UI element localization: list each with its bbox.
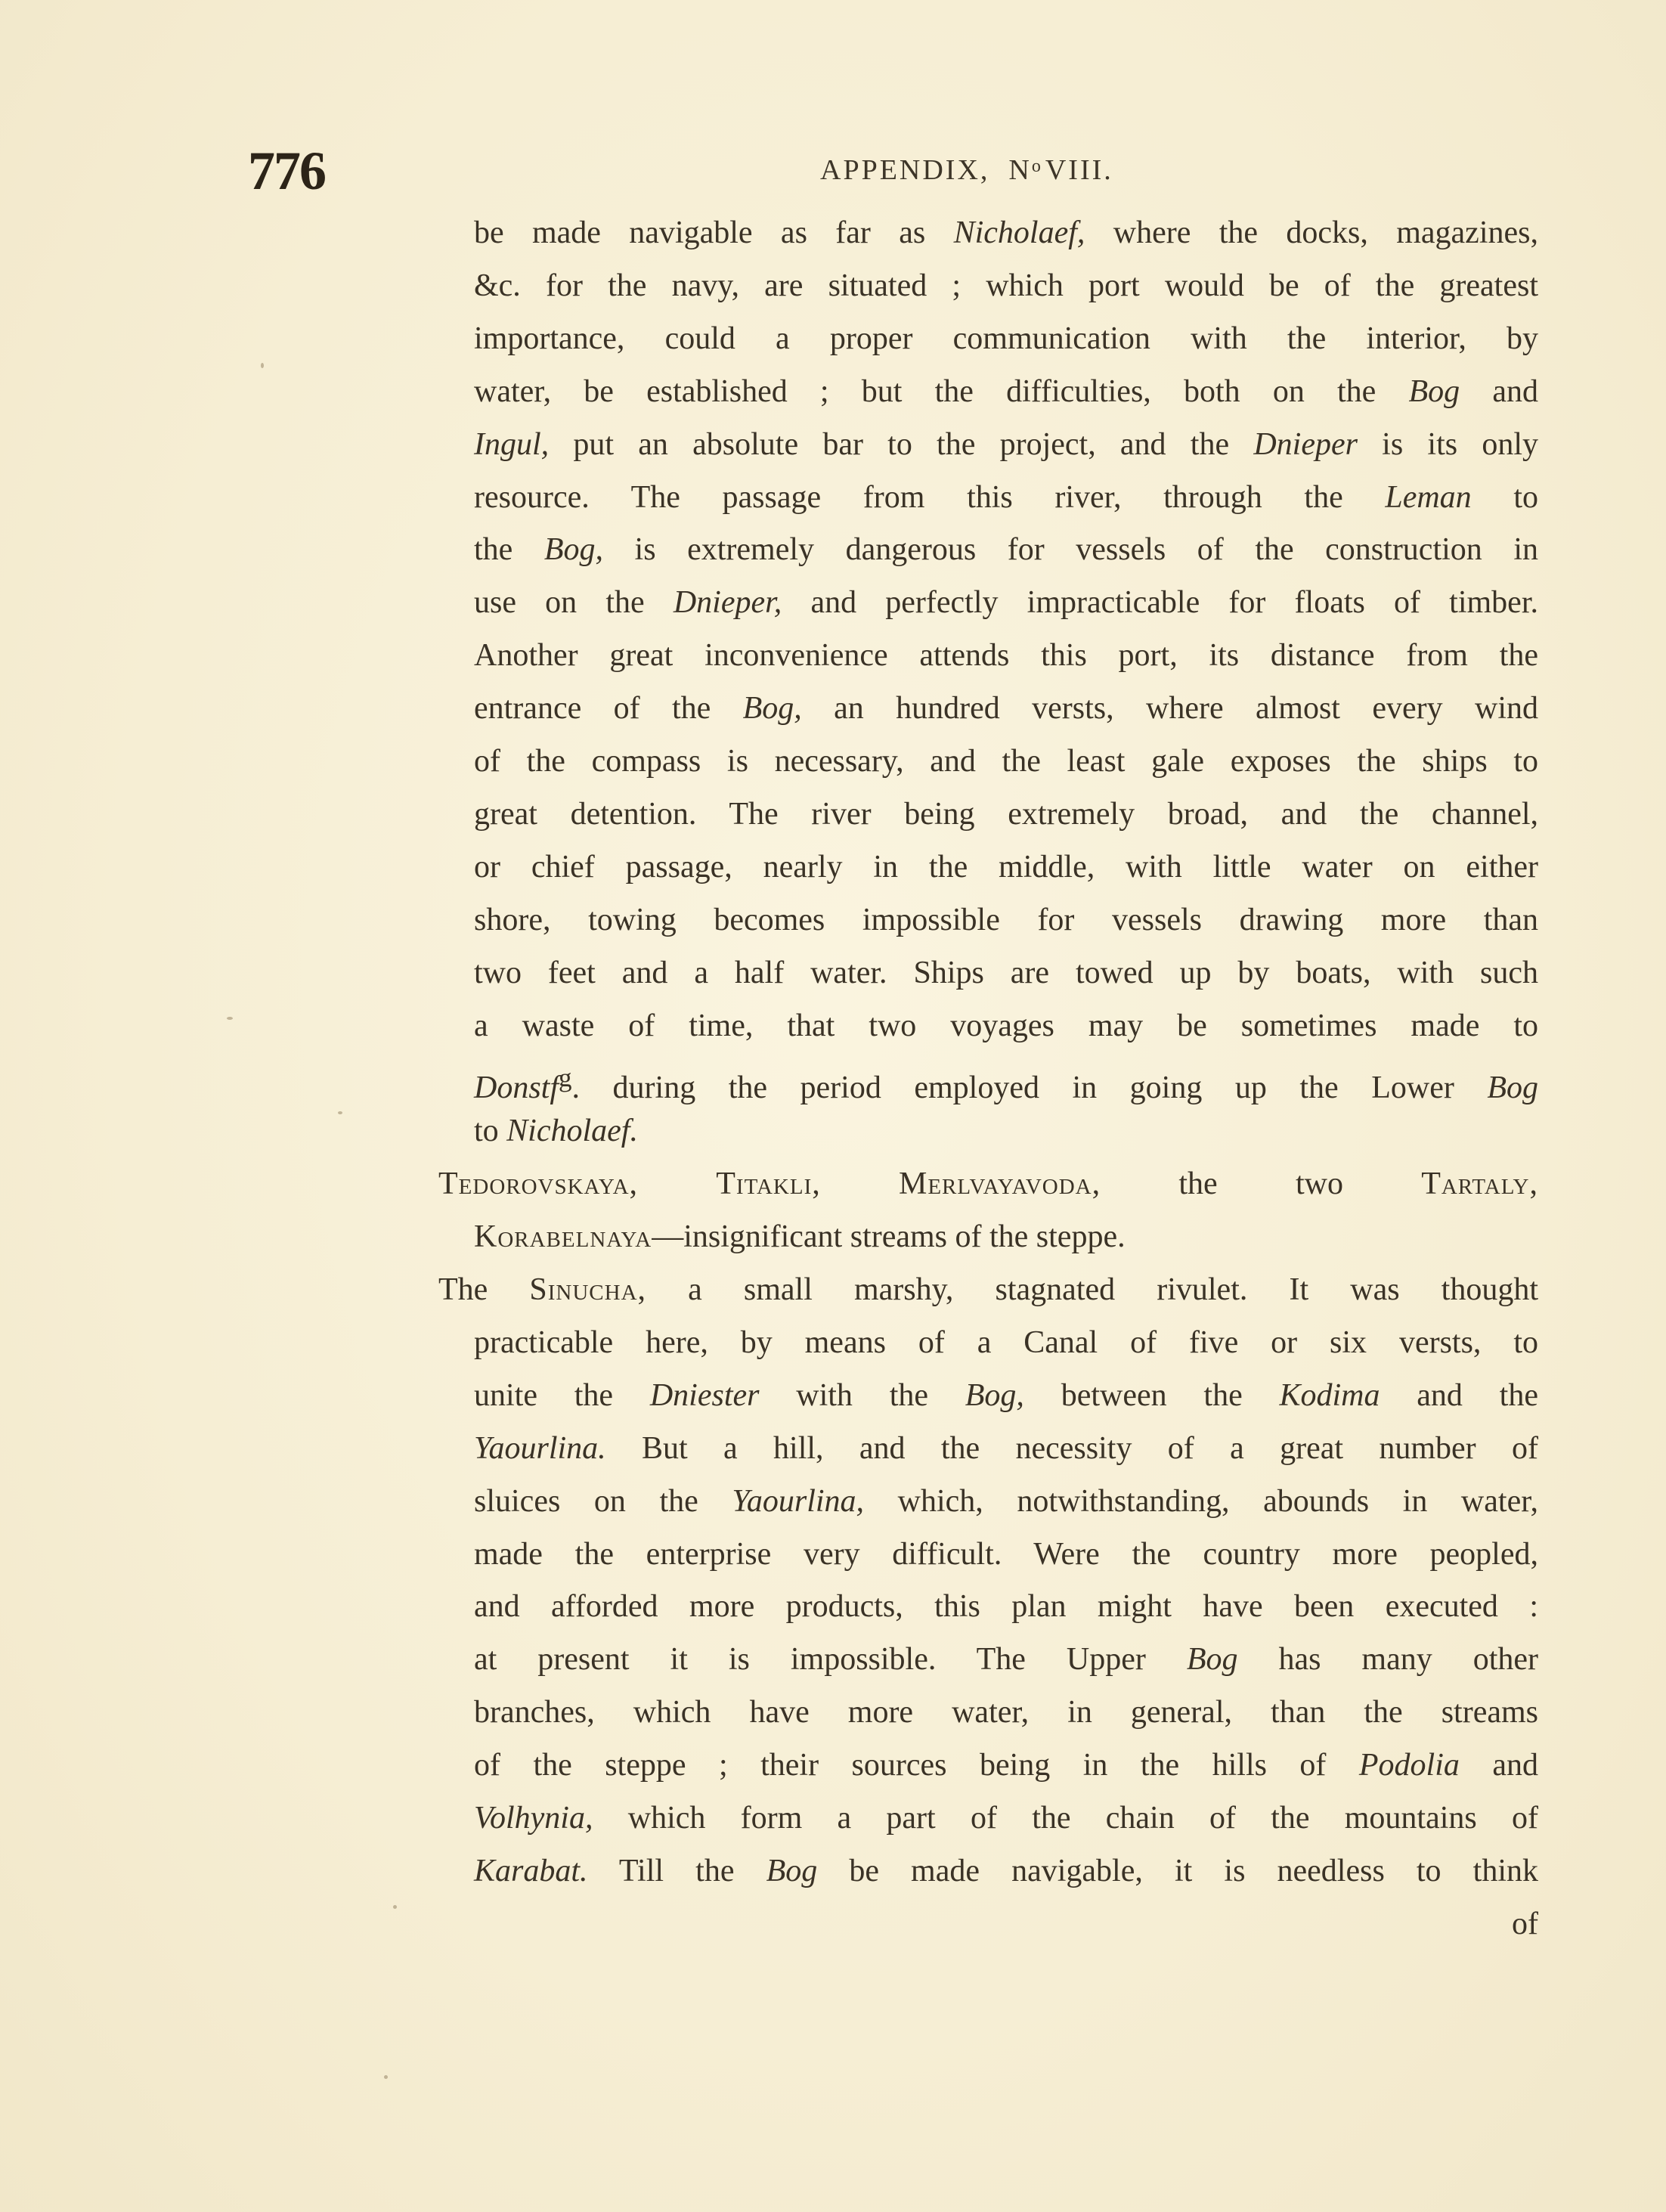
text-line: a waste of time, that two voyages may be…: [474, 1007, 1538, 1045]
text-line: use on the Dnieper, and perfectly imprac…: [474, 584, 1538, 621]
text-line: resource. The passage from this river, t…: [474, 479, 1538, 516]
running-head-no: N: [1008, 154, 1031, 186]
text-run: shore, towing becomes impossible for ves…: [474, 903, 1538, 937]
text-line: branches, which have more water, in gene…: [474, 1693, 1538, 1731]
text-run: sluices on the: [474, 1484, 732, 1519]
text-run: which, notwithstanding, abounds in water…: [864, 1484, 1538, 1519]
text-run: importance, could a proper communication…: [474, 321, 1538, 356]
smallcaps-term: Tedorovskaya,: [438, 1166, 638, 1201]
text-run: use on the: [474, 585, 674, 620]
text-run: and perfectly impracticable for floats o…: [782, 585, 1538, 620]
text-run: But a hill, and the necessity of a great…: [606, 1431, 1538, 1466]
text-line: unite the Dniester with the Bog, between…: [474, 1377, 1538, 1414]
text-line: or chief passage, nearly in the middle, …: [474, 848, 1538, 886]
text-run: or chief passage, nearly in the middle, …: [474, 850, 1538, 884]
running-head-title: APPENDIX,: [820, 154, 989, 186]
text-line: Another great inconvenience attends this…: [474, 637, 1538, 674]
text-run: of the steppe ; their sources being in t…: [474, 1748, 1359, 1783]
text-run: an hundred versts, where almost every wi…: [802, 691, 1538, 726]
text-line: to Nicholaef.: [474, 1112, 1538, 1150]
text-run: resource. The passage from this river, t…: [474, 480, 1385, 515]
text-run: is its only: [1358, 427, 1538, 462]
italic-term: Donstf: [474, 1070, 559, 1105]
italic-term: Ingul,: [474, 427, 549, 462]
text-run: entrance of the: [474, 691, 743, 726]
text-line: of the compass is necessary, and the lea…: [474, 742, 1538, 780]
text-run: g: [559, 1063, 572, 1092]
italic-term: Podolia: [1359, 1748, 1460, 1783]
text-line: practicable here, by means of a Canal of…: [474, 1324, 1538, 1362]
text-run: branches, which have more water, in gene…: [474, 1695, 1538, 1730]
text-run: and afforded more products, this plan mi…: [474, 1589, 1538, 1624]
text-run: between the: [1024, 1378, 1280, 1413]
text-line: Yaourlina. But a hill, and the necessity…: [474, 1430, 1538, 1467]
text-line: &c. for the navy, are situated ; which p…: [474, 267, 1538, 305]
text-run: put an absolute bar to the project, and …: [549, 427, 1253, 462]
smallcaps-term: Sinucha,: [529, 1272, 646, 1307]
text-run: great detention. The river being extreme…: [474, 797, 1538, 832]
text-line: water, be established ; but the difficul…: [474, 373, 1538, 410]
paper-speck: [338, 1111, 342, 1114]
text-run: has many other: [1237, 1642, 1538, 1677]
text-line: be made navigable as far as Nicholaef, w…: [474, 214, 1538, 252]
text-line: and afforded more products, this plan mi…: [474, 1588, 1538, 1625]
text-line: Korabelnaya—insignificant streams of the…: [474, 1218, 1538, 1256]
italic-term: Dnieper,: [674, 585, 782, 620]
text-line: sluices on the Yaourlina, which, notwith…: [474, 1482, 1538, 1520]
text-run: . during the period employed in going up…: [572, 1070, 1488, 1105]
text-run: a waste of time, that two voyages may be…: [474, 1008, 1538, 1043]
text-run: to: [1472, 480, 1538, 515]
paper-speck: [393, 1905, 397, 1909]
text-line: Karabat. Till the Bog be made navigable,…: [474, 1852, 1538, 1890]
text-run: and the: [1380, 1378, 1539, 1413]
italic-term: Dniester: [650, 1378, 760, 1413]
italic-term: Nicholaef.: [506, 1114, 638, 1148]
smallcaps-term: Merlvayavoda,: [899, 1166, 1101, 1201]
text-run: and: [1460, 1748, 1538, 1783]
italic-term: Bog: [1187, 1642, 1238, 1677]
text-run: two feet and a half water. Ships are tow…: [474, 956, 1538, 990]
italic-term: Volhynia,: [474, 1801, 593, 1836]
italic-term: Bog,: [965, 1378, 1024, 1413]
running-head: APPENDIX, NoVIII.: [820, 150, 1113, 187]
text-line: of the steppe ; their sources being in t…: [474, 1746, 1538, 1784]
text-line: importance, could a proper communication…: [474, 320, 1538, 358]
italic-term: Bog: [1409, 374, 1460, 409]
paper-speck: [227, 1017, 233, 1020]
text-run: Another great inconvenience attends this…: [474, 638, 1538, 673]
text-run: water, be established ; but the difficul…: [474, 374, 1409, 409]
text-line: shore, towing becomes impossible for ves…: [474, 901, 1538, 939]
text-run: which form a part of the chain of the mo…: [593, 1801, 1538, 1836]
paper-speck: [384, 2075, 388, 2079]
italic-term: Bog,: [743, 691, 802, 726]
running-head-numeral: VIII.: [1045, 154, 1113, 186]
italic-term: Yaourlina.: [474, 1431, 606, 1466]
text-line: entrance of the Bog, an hundred versts, …: [474, 689, 1538, 727]
text-run: [821, 1166, 899, 1201]
text-run: the: [474, 532, 544, 567]
text-run: is extremely dangerous for vessels of th…: [603, 532, 1538, 567]
text-run: at present it is impossible. The Upper: [474, 1642, 1187, 1677]
running-head-no-super: o: [1032, 156, 1041, 176]
text-run: made the enterprise very difficult. Were…: [474, 1537, 1538, 1572]
text-run: be made navigable as far as: [474, 215, 954, 250]
text-line: great detention. The river being extreme…: [474, 795, 1538, 833]
text-line: Ingul, put an absolute bar to the projec…: [474, 426, 1538, 463]
text-run: be made navigable, it is needless to thi…: [817, 1854, 1538, 1888]
text-run: with the: [759, 1378, 965, 1413]
italic-term: Bog: [1487, 1070, 1538, 1105]
text-run: —insignificant streams of the steppe.: [652, 1219, 1125, 1254]
book-page: 776 APPENDIX, NoVIII. be made navigable …: [0, 0, 1666, 2212]
text-line: two feet and a half water. Ships are tow…: [474, 954, 1538, 992]
italic-term: Yaourlina,: [732, 1484, 864, 1519]
text-run: where the docks, magazines,: [1085, 215, 1538, 250]
catchword: of: [474, 1905, 1538, 1943]
italic-term: Leman: [1385, 480, 1471, 515]
text-run: [638, 1166, 716, 1201]
text-run: practicable here, by means of a Canal of…: [474, 1325, 1538, 1360]
text-run: Till the: [588, 1854, 766, 1888]
smallcaps-term: Titakli,: [716, 1166, 820, 1201]
paper-speck: [261, 363, 264, 368]
text-run: a small marshy, stagnated rivulet. It wa…: [646, 1272, 1538, 1307]
text-line: Volhynia, which form a part of the chain…: [474, 1799, 1538, 1837]
text-line: at present it is impossible. The Upper B…: [474, 1640, 1538, 1678]
text-line: Donstfg. during the period employed in g…: [474, 1059, 1538, 1097]
text-run: &c. for the navy, are situated ; which p…: [474, 268, 1538, 303]
text-line: made the enterprise very difficult. Were…: [474, 1535, 1538, 1573]
italic-term: Dnieper: [1253, 427, 1358, 462]
smallcaps-term: Tartaly,: [1421, 1166, 1538, 1201]
italic-term: Bog,: [544, 532, 603, 567]
italic-term: Kodima: [1279, 1378, 1380, 1413]
italic-term: Karabat.: [474, 1854, 588, 1888]
text-run: and: [1460, 374, 1538, 409]
italic-term: Nicholaef,: [954, 215, 1085, 250]
text-line: the Bog, is extremely dangerous for vess…: [474, 531, 1538, 568]
text-run: unite the: [474, 1378, 650, 1413]
text-run: of the compass is necessary, and the lea…: [474, 744, 1538, 779]
text-line: The Sinucha, a small marshy, stagnated r…: [438, 1271, 1538, 1309]
page-number: 776: [248, 141, 325, 201]
text-run: to: [474, 1114, 506, 1148]
text-run: The: [438, 1272, 529, 1307]
text-run: the two: [1101, 1166, 1421, 1201]
smallcaps-term: Korabelnaya: [474, 1219, 652, 1254]
italic-term: Bog: [766, 1854, 818, 1888]
text-line: Tedorovskaya, Titakli, Merlvayavoda, the…: [438, 1165, 1538, 1203]
